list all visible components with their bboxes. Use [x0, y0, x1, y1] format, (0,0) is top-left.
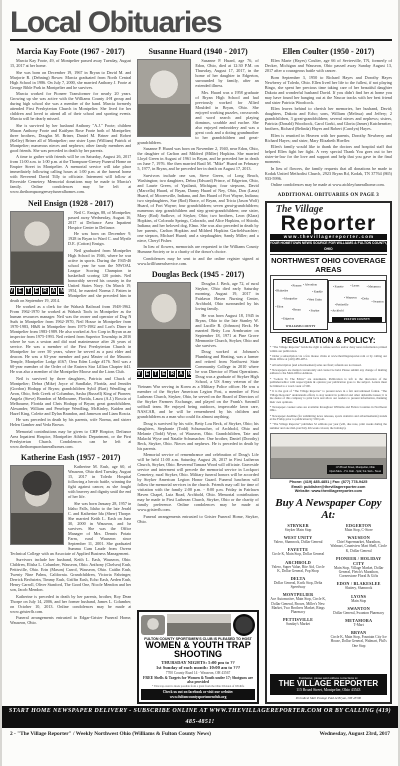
- postmaster-address: 115 Broad Street, Montpelier, Ohio 43543: [271, 688, 386, 693]
- obituary-eash: Katherine Eash (1957 - 2017) Katherine M…: [10, 450, 131, 627]
- williams-county-label: WILLIAMS COUNTY: [274, 324, 327, 328]
- reporter-tagline-bar: YOUR HOMETOWN NEWS SOURCE FOR WILLIAMS &…: [270, 241, 387, 252]
- trap-ad-website: Check us out on facebook or visit our we…: [141, 689, 254, 700]
- obituary-title: Katherine Eash (1957 - 2017): [10, 453, 131, 462]
- store-group: EDON / BLAKESLEESlattery, Shamrock: [330, 581, 387, 590]
- store-group: FAYETTECircle K, Main Stop, Dollar Gener…: [270, 547, 327, 556]
- page-number-line: 2 - "The Village Reporter" / Weekly Nort…: [10, 731, 211, 737]
- obituary-paragraph: He was preceded in death by his parents,…: [10, 417, 131, 427]
- fulton-county-outline: FULTON COUNTY FayetteLyonsMetamoraWauseo…: [328, 280, 385, 322]
- portrait-photo: [10, 211, 64, 285]
- store-names: Main Stop: [330, 599, 387, 603]
- club-badge-icon: [233, 614, 255, 636]
- veteran-letter: V: [10, 287, 15, 295]
- contact-website: Website: www.thevillagereporter.com: [270, 489, 387, 494]
- postmaster-name: THE VILLAGE REPORTER: [271, 680, 386, 688]
- veteran-letter: T: [25, 287, 32, 295]
- store-group: MONTPELIERAce Automotive, Main Stop, Cir…: [270, 592, 327, 614]
- policy-item: * It is the goal of "The Village Reporte…: [270, 390, 387, 404]
- store-names: Ace Automotive, Main Stop, Circle K, Dol…: [270, 597, 327, 614]
- clay-target-logo-icon: [141, 615, 165, 635]
- trap-shooter-photo: [167, 614, 230, 636]
- buy-copy-heading: Buy A Newspaper Copy At:: [270, 497, 387, 521]
- obituary-paragraph: A time to gather with friends will be on…: [10, 154, 131, 194]
- obituary-beck: Douglas Beck (1945 - 2017) VETERAN Dougl…: [137, 267, 258, 525]
- obituary-paragraph: Condolences may be sent to and the onlin…: [137, 256, 258, 266]
- storefront-caption: 115 Broad Street, Montpelier, Ohio Open …: [327, 465, 383, 474]
- obituary-foote: Marcia Kay Foote (1967 - 2017) Marcia Ka…: [10, 44, 131, 196]
- portrait-photo: [137, 282, 191, 368]
- policy-item: * "The Village Reporter" publishes 52 ed…: [270, 423, 387, 430]
- obituary-title: Neil Ensign (1928 - 2017): [10, 199, 131, 208]
- column-1: Marcia Kay Foote (1967 - 2017) Marcia Ka…: [10, 44, 131, 704]
- obituary-paragraph: Marcia Kay Foote, 49, of Montpelier pass…: [10, 58, 131, 68]
- regulation-policy-list: * "The Village Reporter" holds the right…: [270, 346, 387, 432]
- map-town-label: Pettisville: [335, 303, 349, 306]
- veteran-banner: VETERAN: [10, 286, 64, 296]
- policy-item: * "The Village Reporter" holds the right…: [270, 346, 387, 353]
- map-town-label: Wauseon: [344, 297, 356, 300]
- store-group: STRYKERStryker Main Stop: [270, 523, 327, 532]
- village-reporter-ad: The Village Reporter w w w . t h e v i l…: [265, 201, 392, 705]
- obituary-paragraph: She is survived by her husband Anthony "…: [10, 123, 131, 153]
- trap-ad-images: [141, 614, 254, 636]
- veteran-letter: E: [144, 370, 151, 378]
- store-names: Valero, Shamrock, Dollar General: [270, 540, 327, 544]
- map-town-label: Stryker: [309, 310, 319, 313]
- trap-ad-address: 7700 County Road 14 - Wauseon, OH 43567: [141, 671, 254, 675]
- obituary-paragraph: Memorial contributions may be given to C…: [10, 429, 131, 449]
- veteran-letter: N: [58, 287, 66, 295]
- map-town-label: Edon: [275, 306, 283, 309]
- veteran-letter: T: [152, 370, 159, 378]
- ensign-photo-block: VETERAN: [10, 211, 64, 296]
- masthead-divider: [10, 39, 392, 41]
- map-town-label: Swanton: [371, 300, 383, 303]
- regulation-title: REGULATION & POLICY:: [270, 336, 387, 345]
- williams-county-outline: WILLIAMS COUNTY BlakesleePioneerAlvordto…: [273, 279, 328, 330]
- reporter-website-bar: w w w . t h e v i l l a g e r e p o r t …: [270, 234, 387, 241]
- obituary-huard: Susanne Huard (1940 - 2017) Susanne P. H…: [137, 44, 258, 267]
- map-town-label: Alvordton: [303, 284, 317, 287]
- store-town: PIONEER / HOLIDAY CITY: [330, 556, 387, 566]
- obituary-title: Susanne Huard (1940 - 2017): [137, 47, 258, 56]
- store-names: Dollar General, Kwik Stop, Delta Speedwa…: [270, 581, 327, 589]
- store-group: SWANTONDollar General, Swanton Pharmacy: [330, 606, 387, 615]
- veteran-letter: A: [177, 370, 185, 378]
- subscribe-banner: START HOME NEWSPAPER DELIVERY - SUBSCRIB…: [2, 706, 398, 728]
- obituary-paragraph: He worked as a clerk for the Wabash Rail…: [10, 304, 131, 374]
- masthead: Local Obituaries: [10, 8, 392, 38]
- obituary-paragraph: She was born on December 19, 1967 in Bry…: [10, 70, 131, 90]
- policy-item: * Newspaper counter sales are available …: [270, 406, 387, 413]
- veteran-letter: E: [160, 370, 167, 378]
- store-group: LYONSMain Stop: [330, 594, 387, 603]
- eash-photo-block: [10, 465, 64, 545]
- huard-photo-block: [137, 59, 191, 137]
- store-group: EDGERTONMain Stop, C-Store: [330, 523, 387, 532]
- store-names: Dollar General, Swanton Pharmacy: [330, 611, 387, 615]
- trap-shooting-ad: FULTON COUNTY SPORTSMEN'S CLUB IS PLEASE…: [137, 610, 258, 704]
- store-group: WAUSEONChief Supermarket, Marathon, Walm…: [330, 535, 387, 553]
- trap-ad-schedule: 1st Sunday of each month: 10:00 am to ??…: [141, 665, 254, 670]
- obituary-coulter: Ellen Coulter (1950 - 2017) Ellen Marie …: [265, 44, 392, 189]
- obituary-ensign: Neil Ensign (1928 - 2017) VETERAN Neil C…: [10, 196, 131, 451]
- map-town-label: Metamora: [367, 286, 381, 289]
- obituary-paragraph: Memorial service of remembrance and cele…: [137, 452, 258, 512]
- beck-photo-block: VETERAN: [137, 282, 191, 379]
- map-town-label: Fayette: [333, 286, 343, 289]
- map-town-label: Montpelier: [282, 297, 297, 300]
- obituary-paragraph: Survivors include one son, Steve Green, …: [137, 173, 258, 243]
- additional-obituaries-note: ADDITIONAL OBITUARIES ON PAGE 3: [265, 193, 392, 198]
- policy-item: * Newspaper deadline (for submitting new…: [270, 415, 387, 422]
- veteran-letter: A: [50, 287, 58, 295]
- obituary-paragraph: Ellen is reunited in Heaven with her par…: [265, 133, 392, 143]
- office-storefront-photo: 115 Broad Street, Montpelier, Ohio Open …: [270, 433, 387, 479]
- obituary-paragraph: Ellen's family would like to thank the d…: [265, 144, 392, 164]
- obituary-paragraph: Born September 3, 1950 to Richard Hayes …: [265, 75, 392, 105]
- store-group: DELTADollar General, Kwik Stop, Delta Sp…: [270, 576, 327, 589]
- store-names: Chief Supermarket, Marathon, Walmart, Co…: [330, 540, 387, 553]
- obituary-paragraph: Funeral arrangements entrusted to Edgar-…: [10, 615, 131, 625]
- obituary-paragraph: Survivors include her husband, Keith L. …: [10, 557, 131, 592]
- trap-ad-fine-print: * This trap event is made possible from …: [141, 685, 254, 688]
- obituary-paragraph: Neil is survived by three daughters, Pat…: [10, 376, 131, 416]
- map-town-label: Pioneer: [291, 284, 302, 287]
- store-group: PETTISVILLESunday's Market: [270, 617, 327, 626]
- store-group: ARCHBOLDValero, Super Value, Rite Aid, C…: [270, 560, 327, 573]
- veteran-letter: E: [16, 287, 23, 295]
- portrait-photo: [137, 59, 191, 137]
- store-names: Circle K, Main Stop, Fountain City Ice H…: [330, 635, 387, 648]
- column-3: Ellen Coulter (1950 - 2017) Ellen Marie …: [265, 44, 392, 704]
- page-title: Local Obituaries: [10, 8, 392, 38]
- issue-date: Wednesday, August 23rd, 2017: [319, 731, 390, 737]
- map-town-label: Kunkle: [312, 290, 322, 293]
- store-names: Main Stop, C-Store: [330, 528, 387, 532]
- coverage-title: NORTHWEST OHIO COVERAGE AREAS: [270, 254, 387, 274]
- policy-item: * All subscription (and advertisement) s…: [270, 364, 387, 368]
- store-group: METAMORAT-Mart: [330, 618, 387, 627]
- policy-item: * Order a subscription via a few mouse c…: [270, 355, 387, 362]
- obituary-title: Ellen Coulter (1950 - 2017): [265, 47, 392, 56]
- map-town-label: Bryan: [292, 309, 301, 312]
- map-town-label: Edgerton: [282, 318, 295, 321]
- obituary-paragraph: Funeral arrangements entrusted to Grisie…: [137, 514, 258, 524]
- obituary-paragraph: In lieu of flowers, memorials are reques…: [137, 244, 258, 254]
- reporter-logo-name: Reporter: [270, 214, 387, 233]
- trap-ad-offer: FREE Shells & Targets for Women & Youth …: [141, 676, 254, 685]
- trap-ad-title: WOMEN & YOUTH TRAP SHOOTING: [141, 641, 254, 660]
- obituary-paragraph: Katherine is preceded in death by her pa…: [10, 594, 131, 614]
- obituary-title: Douglas Beck (1945 - 2017): [137, 270, 258, 279]
- store-names: T-Mart: [330, 623, 387, 627]
- store-group: PIONEER / HOLIDAY CITYMain Stop, Village…: [330, 556, 387, 579]
- newspaper-page: Local Obituaries Marcia Kay Foote (1967 …: [2, 0, 398, 766]
- store-names: Main Stop, Village Market, Dollar Genera…: [330, 566, 387, 579]
- store-names: Sunday's Market: [270, 622, 327, 626]
- periodical-postage-line: Periodical Mail Postage Paid At Bryan, O…: [270, 696, 387, 700]
- store-names: Circle K, Main Stop, Dollar General: [270, 552, 327, 556]
- content-columns: Marcia Kay Foote (1967 - 2017) Marcia Ka…: [10, 44, 392, 704]
- map-town-label: West Unity: [307, 299, 322, 302]
- veteran-letter: V: [137, 370, 142, 378]
- veteran-letter: N: [186, 370, 194, 378]
- storefront-hours: Open Mon. - Fri. 9am - 5pm; Sat. 9am - N…: [329, 470, 381, 473]
- page-footer: 2 - "The Village Reporter" / Weekly Nort…: [10, 728, 392, 737]
- store-group: WEST UNITYValero, Shamrock, Dollar Gener…: [270, 535, 327, 544]
- fulton-county-label: FULTON COUNTY: [332, 317, 383, 322]
- policy-item: * "Letters To The Editor" are statements…: [270, 378, 387, 389]
- map-town-label: Archbold: [331, 310, 344, 313]
- store-list-left: STRYKERStryker Main StopWEST UNITYValero…: [270, 523, 327, 651]
- map-town-label: Delta: [361, 298, 369, 301]
- obituary-paragraph: In lieu of flowers, the family requests …: [265, 166, 392, 181]
- store-names: Stryker Main Stop: [270, 528, 327, 532]
- map-town-label: Blakeslee: [275, 289, 288, 292]
- store-list-right: EDGERTONMain Stop, C-StoreWAUSEONChief S…: [330, 523, 387, 651]
- store-group: BRYANCircle K, Main Stop, Fountain City …: [330, 630, 387, 648]
- map-town-label: Lyons: [350, 285, 359, 288]
- obituary-title: Marcia Kay Foote (1967 - 2017): [10, 47, 131, 56]
- obituary-paragraph: Ellen leaves behind to cherish her memor…: [265, 106, 392, 131]
- store-list: STRYKERStryker Main StopWEST UNITYValero…: [270, 523, 387, 651]
- obituary-paragraph: Ellen Marie (Hayes) Coulter, age 66 of S…: [265, 58, 392, 73]
- store-names: Valero, Super Value, Rite Aid, Circle K,…: [270, 565, 327, 573]
- veteran-letter: R: [168, 370, 176, 378]
- column-2: Susanne Huard (1940 - 2017) Susanne P. H…: [137, 44, 258, 704]
- veteran-banner: VETERAN: [137, 369, 191, 379]
- obituary-paragraph: Online condolences may be made at www.at…: [265, 182, 392, 187]
- store-names: Slattery, Shamrock: [330, 586, 387, 590]
- obituary-paragraph: Marcia worked for Pioneer Transformer fo…: [10, 91, 131, 121]
- obituary-paragraph: Susanne P. Huard was born on November 2,…: [137, 146, 258, 171]
- veteran-letter: R: [41, 287, 49, 295]
- portrait-photo: [10, 465, 64, 545]
- veteran-letter: E: [33, 287, 40, 295]
- coverage-map: WILLIAMS COUNTY BlakesleePioneerAlvordto…: [270, 275, 387, 333]
- postmaster-box: Postmaster, please send address correcti…: [270, 674, 387, 695]
- obituary-paragraph: Doug is survived by his wife, Betty Lou …: [137, 421, 258, 451]
- policy-item: * Newspapers are mailed concurrently and…: [270, 369, 387, 376]
